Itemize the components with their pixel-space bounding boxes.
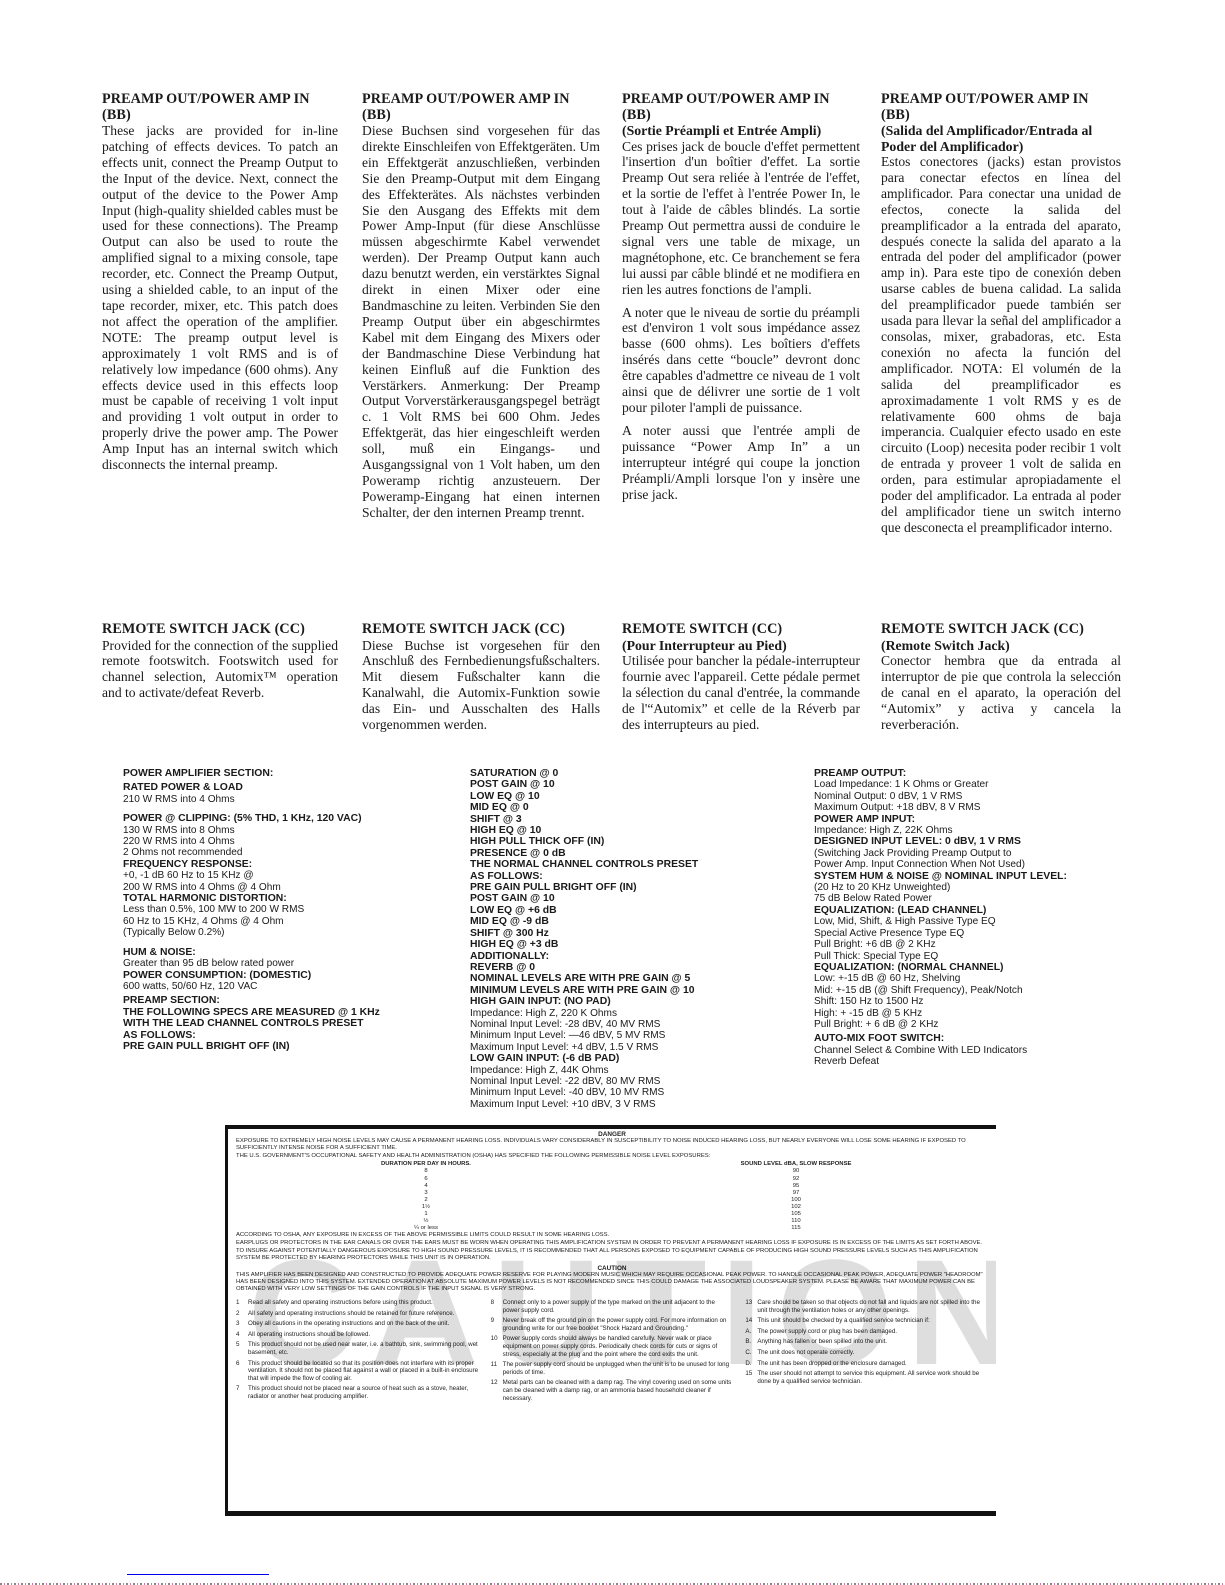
sound-level-cell: 102 [616, 1204, 976, 1211]
noise-exposure-table-header: DURATION PER DAY IN HOURS. SOUND LEVEL d… [236, 1161, 988, 1168]
section-paragraph: Conector hembra que da entrada al interr… [881, 653, 1121, 733]
spec-heading: THE FOLLOWING SPECS ARE MEASURED @ 1 KHz [123, 1007, 443, 1018]
caution-title: CAUTION [236, 1265, 988, 1272]
item-number: 14 [745, 1317, 757, 1325]
duration-cell: 4 [236, 1183, 616, 1190]
spec-line: (Switching Jack Providing Preamp Output … [814, 848, 1154, 859]
item-text: Never break off the ground pin on the po… [503, 1317, 734, 1332]
list-item: 13Care should be taken so that objects d… [745, 1299, 988, 1314]
safety-instructions: 1Read all safety and operating instructi… [236, 1299, 988, 1405]
section-subheading: (Remote Switch Jack) [881, 638, 1121, 654]
sound-level-cell: 92 [616, 1176, 976, 1183]
list-item: 3Obey all cautions in the operating inst… [236, 1320, 479, 1328]
section-paragraph: Diese Buchsen sind vorgesehen für das di… [362, 123, 600, 521]
spec-heading: MID EQ @ 0 [470, 802, 800, 813]
item-text: Read all safety and operating instructio… [248, 1299, 433, 1307]
sound-level-cell: 95 [616, 1183, 976, 1190]
list-item: 4All operating instructions should be fo… [236, 1331, 479, 1339]
table-row: 397 [236, 1190, 988, 1197]
spec-line: Impedance: High Z, 44K Ohms [470, 1065, 800, 1076]
spec-heading: EQUALIZATION: (LEAD CHANNEL) [814, 905, 1154, 916]
spec-line: Shift: 150 Hz to 1500 Hz [814, 996, 1154, 1007]
spec-heading: THE NORMAL CHANNEL CONTROLS PRESET [470, 859, 800, 870]
item-text: Anything has fallen or been spilled into… [757, 1338, 887, 1346]
item-number: 2 [236, 1310, 248, 1318]
spec-line: Less than 0.5%, 100 MW to 200 W RMS [123, 904, 443, 915]
spec-heading: LOW EQ @ 10 [470, 791, 800, 802]
spec-line: Maximum Output: +18 dBV, 8 V RMS [814, 802, 1154, 813]
safety-list-col-1: 1Read all safety and operating instructi… [236, 1299, 479, 1405]
spec-line: Low: +-15 dB @ 60 Hz, Shelving [814, 973, 1154, 984]
list-item: D.The unit has been dropped or the enclo… [745, 1360, 988, 1368]
spec-line: 130 W RMS into 8 Ohms [123, 825, 443, 836]
section-heading: PREAMP OUT/POWER AMP IN (BB) [622, 92, 860, 123]
sound-level-header: SOUND LEVEL dBA, SLOW RESPONSE [616, 1161, 976, 1168]
spec-heading: SYSTEM HUM & NOISE @ NOMINAL INPUT LEVEL… [814, 871, 1154, 882]
duration-cell: 6 [236, 1176, 616, 1183]
spec-line: Nominal Input Level: -22 dBV, 80 MV RMS [470, 1076, 800, 1087]
list-item: 11The power supply cord should be unplug… [491, 1361, 734, 1376]
spec-line: Reverb Defeat [814, 1056, 1154, 1067]
sound-level-cell: 105 [616, 1211, 976, 1218]
item-text: This product should be located so that i… [248, 1360, 479, 1383]
item-text: Obey all cautions in the operating instr… [248, 1320, 449, 1328]
spec-heading: POWER @ CLIPPING: (5% THD, 1 KHz, 120 VA… [123, 813, 443, 824]
spec-heading: HIGH PULL THICK OFF (IN) [470, 836, 800, 847]
sound-level-cell: 97 [616, 1190, 976, 1197]
list-item: 7This product should not be placed near … [236, 1385, 479, 1400]
specs-column-2: SATURATION @ 0POST GAIN @ 10LOW EQ @ 10M… [470, 768, 800, 1110]
spec-line: (Typically Below 0.2%) [123, 927, 443, 938]
safety-list-col-2: 8Connect only to a power supply of the t… [491, 1299, 734, 1405]
item-text: This unit should be checked by a qualifi… [757, 1317, 929, 1325]
spec-heading: PREAMP OUTPUT: [814, 768, 1154, 779]
duration-cell: 3 [236, 1190, 616, 1197]
spec-heading: FREQUENCY RESPONSE: [123, 859, 443, 870]
item-text: Connect only to a power supply of the ty… [503, 1299, 734, 1314]
table-row: 1105 [236, 1211, 988, 1218]
specs-column-1: POWER AMPLIFIER SECTION:RATED POWER & LO… [123, 768, 443, 1052]
table-row: 2100 [236, 1197, 988, 1204]
item-text: All safety and operating instructions sh… [248, 1310, 454, 1318]
spec-line: Greater than 95 dB below rated power [123, 958, 443, 969]
section-heading: PREAMP OUT/POWER AMP IN (BB) [102, 92, 338, 123]
duration-cell: 2 [236, 1197, 616, 1204]
spec-heading: AUTO-MIX FOOT SWITCH: [814, 1033, 1154, 1044]
section-paragraph: Utilisée pour bancher la pédale-interrup… [622, 653, 860, 733]
preamp-section-fr: PREAMP OUT/POWER AMP IN (BB) (Sortie Pré… [622, 92, 860, 509]
spacer [123, 939, 443, 947]
item-number: 10 [491, 1335, 503, 1358]
section-subheading: (Sortie Préampli et Entrée Ampli) [622, 123, 860, 139]
spec-heading: HIGH EQ @ +3 dB [470, 939, 800, 950]
osha-paragraph: ACCORDING TO OSHA, ANY EXPOSURE IN EXCES… [236, 1232, 988, 1239]
spec-heading: REVERB @ 0 [470, 962, 800, 973]
spec-line: Nominal Output: 0 dBV, 1 V RMS [814, 791, 1154, 802]
item-number: B. [745, 1338, 757, 1346]
spec-heading: SHIFT @ 3 [470, 814, 800, 825]
spec-heading: NOMINAL LEVELS ARE WITH PRE GAIN @ 5 [470, 973, 800, 984]
spec-heading: SHIFT @ 300 Hz [470, 928, 800, 939]
spec-heading: ADDITIONALLY: [470, 951, 800, 962]
danger-title: DANGER [236, 1131, 988, 1138]
spec-line: Nominal Input Level: -28 dBV, 40 MV RMS [470, 1019, 800, 1030]
section-subheading: (Pour Interrupteur au Pied) [622, 638, 860, 654]
spec-line: Pull Bright: +6 dB @ 2 KHz [814, 939, 1154, 950]
spec-heading: DESIGNED INPUT LEVEL: 0 dBV, 1 V RMS [814, 836, 1154, 847]
item-text: This product should not be placed near a… [248, 1385, 479, 1400]
safety-warning-box: CAUTION DANGER EXPOSURE TO EXTREMELY HIG… [225, 1125, 996, 1516]
spec-line: Impedance: High Z, 22K Ohms [814, 825, 1154, 836]
list-item: 9Never break off the ground pin on the p… [491, 1317, 734, 1332]
item-number: 11 [491, 1361, 503, 1376]
section-paragraph: A noter que le niveau de sortie du préam… [622, 305, 860, 416]
spec-heading: POST GAIN @ 10 [470, 893, 800, 904]
section-heading: REMOTE SWITCH JACK (CC) [362, 622, 600, 638]
spec-heading: POST GAIN @ 10 [470, 779, 800, 790]
list-item: 8Connect only to a power supply of the t… [491, 1299, 734, 1314]
spec-heading: HUM & NOISE: [123, 947, 443, 958]
section-paragraph: Ces prises jack de boucle d'effet permet… [622, 139, 860, 298]
list-item: 2All safety and operating instructions s… [236, 1310, 479, 1318]
list-item: 5This product should not be used near wa… [236, 1341, 479, 1356]
spec-heading: LOW GAIN INPUT: (-6 dB PAD) [470, 1053, 800, 1064]
spec-heading: SATURATION @ 0 [470, 768, 800, 779]
section-paragraph: Diese Buchse ist vorgesehen für den Ansc… [362, 638, 600, 733]
table-row: 495 [236, 1183, 988, 1190]
caution-paragraph: THIS AMPLIFIER HAS BEEN DESIGNED AND CON… [236, 1272, 988, 1293]
preamp-section-de: PREAMP OUT/POWER AMP IN (BB) Diese Buchs… [362, 92, 600, 528]
item-number: 9 [491, 1317, 503, 1332]
spec-heading: PRESENCE @ 0 dB [470, 848, 800, 859]
spec-heading: PRE GAIN PULL BRIGHT OFF (IN) [123, 1041, 443, 1052]
table-row: 692 [236, 1176, 988, 1183]
spec-line: 2 Ohms not recommended [123, 847, 443, 858]
item-text: This product should not be used near wat… [248, 1341, 479, 1356]
preamp-section-es: PREAMP OUT/POWER AMP IN (BB) (Salida del… [881, 92, 1121, 543]
table-row: ½110 [236, 1218, 988, 1225]
spec-line: Channel Select & Combine With LED Indica… [814, 1045, 1154, 1056]
item-number: 12 [491, 1379, 503, 1402]
noise-exposure-table: 89069249539721001½1021105½110¼ or less11… [236, 1168, 988, 1232]
spec-heading: TOTAL HARMONIC DISTORTION: [123, 893, 443, 904]
list-item: 1Read all safety and operating instructi… [236, 1299, 479, 1307]
spec-line: Impedance: High Z, 220 K Ohms [470, 1008, 800, 1019]
item-number: 6 [236, 1360, 248, 1383]
item-text: Power supply cords should always be hand… [503, 1335, 734, 1358]
spec-heading: PREAMP SECTION: [123, 995, 443, 1006]
remote-section-es: REMOTE SWITCH JACK (CC) (Remote Switch J… [881, 622, 1121, 740]
spec-heading: POWER AMP INPUT: [814, 814, 1154, 825]
spec-line: Maximum Input Level: +4 dBV, 1.5 V RMS [470, 1042, 800, 1053]
specs-column-3: PREAMP OUTPUT:Load Impedance: 1 K Ohms o… [814, 768, 1154, 1068]
preamp-section-en: PREAMP OUT/POWER AMP IN (BB) These jacks… [102, 92, 338, 480]
sound-level-cell: 90 [616, 1168, 976, 1175]
item-number: C. [745, 1349, 757, 1357]
list-item: 6This product should be located so that … [236, 1360, 479, 1383]
item-number: 8 [491, 1299, 503, 1314]
spec-line: (20 Hz to 20 KHz Unweighted) [814, 882, 1154, 893]
spec-heading: POWER CONSUMPTION: (DOMESTIC) [123, 970, 443, 981]
section-heading: PREAMP OUT/POWER AMP IN (BB) [881, 92, 1121, 123]
spec-line: 75 dB Below Rated Power [814, 893, 1154, 904]
item-number: 4 [236, 1331, 248, 1339]
spec-heading: MID EQ @ -9 dB [470, 916, 800, 927]
item-number: 3 [236, 1320, 248, 1328]
duration-cell: ½ [236, 1218, 616, 1225]
remote-section-de: REMOTE SWITCH JACK (CC) Diese Buchse ist… [362, 622, 600, 740]
spec-line: Minimum Input Level: —46 dBV, 5 MV RMS [470, 1030, 800, 1041]
list-item: C.The unit does not operate correctly. [745, 1349, 988, 1357]
spec-heading: LOW EQ @ +6 dB [470, 905, 800, 916]
item-text: The power supply cord should be unplugge… [503, 1361, 734, 1376]
section-paragraph: A noter aussi que l'entrée ampli de puis… [622, 423, 860, 503]
item-number: 5 [236, 1341, 248, 1356]
section-heading: REMOTE SWITCH JACK (CC) [102, 622, 338, 638]
item-number: 13 [745, 1299, 757, 1314]
item-text: Metal parts can be cleaned with a damp r… [503, 1379, 734, 1402]
spec-heading: AS FOLLOWS: [123, 1030, 443, 1041]
duration-header: DURATION PER DAY IN HOURS. [236, 1161, 616, 1168]
list-item: A.The power supply cord or plug has been… [745, 1328, 988, 1336]
spec-heading: PRE GAIN PULL BRIGHT OFF (IN) [470, 882, 800, 893]
danger-paragraph: THE U.S. GOVERNMENT'S OCCUPATIONAL SAFET… [236, 1153, 988, 1160]
spec-line: Mid: +-15 dB (@ Shift Frequency), Peak/N… [814, 985, 1154, 996]
page-link-underline[interactable] [127, 1574, 269, 1575]
spec-line: Special Active Presence Type EQ [814, 928, 1154, 939]
list-item: 12Metal parts can be cleaned with a damp… [491, 1379, 734, 1402]
list-item: B.Anything has fallen or been spilled in… [745, 1338, 988, 1346]
section-heading: PREAMP OUT/POWER AMP IN (BB) [362, 92, 600, 123]
item-number: A. [745, 1328, 757, 1336]
duration-cell: ¼ or less [236, 1225, 616, 1232]
spec-heading: HIGH GAIN INPUT: (NO PAD) [470, 996, 800, 1007]
spec-heading: AS FOLLOWS: [470, 871, 800, 882]
sound-level-cell: 100 [616, 1197, 976, 1204]
spec-line: 200 W RMS into 4 Ohms @ 4 Ohm [123, 882, 443, 893]
duration-cell: 8 [236, 1168, 616, 1175]
spec-line: 210 W RMS into 4 Ohms [123, 794, 443, 805]
section-subheading: (Salida del Amplificador/Entrada al Pode… [881, 123, 1121, 154]
spec-heading: HIGH EQ @ 10 [470, 825, 800, 836]
spec-line: +0, -1 dB 60 Hz to 15 KHz @ [123, 870, 443, 881]
list-item: 14This unit should be checked by a quali… [745, 1317, 988, 1325]
item-number: D. [745, 1360, 757, 1368]
sound-level-cell: 115 [616, 1225, 976, 1232]
section-paragraph: These jacks are provided for in-line pat… [102, 123, 338, 473]
spec-heading: WITH THE LEAD CHANNEL CONTROLS PRESET [123, 1018, 443, 1029]
spec-heading: RATED POWER & LOAD [123, 782, 443, 793]
item-text: The unit has been dropped or the enclosu… [757, 1360, 906, 1368]
table-row: 890 [236, 1168, 988, 1175]
spec-line: Pull Bright: + 6 dB @ 2 KHz [814, 1019, 1154, 1030]
spec-line: Maximum Input Level: +10 dBV, 3 V RMS [470, 1099, 800, 1110]
spec-heading: POWER AMPLIFIER SECTION: [123, 768, 443, 779]
item-text: The power supply cord or plug has been d… [757, 1328, 897, 1336]
spec-line: Minimum Input Level: -40 dBV, 10 MV RMS [470, 1087, 800, 1098]
list-item: 15The user should not attempt to service… [745, 1370, 988, 1385]
duration-cell: 1½ [236, 1204, 616, 1211]
section-heading: REMOTE SWITCH JACK (CC) [881, 622, 1121, 638]
item-text: The user should not attempt to service t… [757, 1370, 988, 1385]
spec-heading: MINIMUM LEVELS ARE WITH PRE GAIN @ 10 [470, 985, 800, 996]
spec-line: 220 W RMS into 4 Ohms [123, 836, 443, 847]
item-text: The unit does not operate correctly. [757, 1349, 854, 1357]
item-number: 7 [236, 1385, 248, 1400]
sound-level-cell: 110 [616, 1218, 976, 1225]
table-row: ¼ or less115 [236, 1225, 988, 1232]
item-text: All operating instructions should be fol… [248, 1331, 370, 1339]
list-item: 10Power supply cords should always be ha… [491, 1335, 734, 1358]
spec-line: Low, Mid, Shift, & High Passive Type EQ [814, 916, 1154, 927]
spec-line: Load Impedance: 1 K Ohms or Greater [814, 779, 1154, 790]
section-paragraph: Estos conectores (jacks) estan provistos… [881, 154, 1121, 536]
spec-line: 60 Hz to 15 KHz, 4 Ohms @ 4 Ohm [123, 916, 443, 927]
section-paragraph: Provided for the connection of the suppl… [102, 638, 338, 702]
remote-section-en: REMOTE SWITCH JACK (CC) Provided for the… [102, 622, 338, 708]
safety-list-col-3: 13Care should be taken so that objects d… [745, 1299, 988, 1405]
item-number: 1 [236, 1299, 248, 1307]
spec-line: 600 watts, 50/60 Hz, 120 VAC [123, 981, 443, 992]
item-number: 15 [745, 1370, 757, 1385]
spec-line: Power Amp. Input Connection When Not Use… [814, 859, 1154, 870]
section-heading: REMOTE SWITCH (CC) [622, 622, 860, 638]
danger-paragraph: EXPOSURE TO EXTREMELY HIGH NOISE LEVELS … [236, 1138, 988, 1152]
item-text: Care should be taken so that objects do … [757, 1299, 988, 1314]
remote-section-fr: REMOTE SWITCH (CC) (Pour Interrupteur au… [622, 622, 860, 740]
spec-line: High: + -15 dB @ 5 KHz [814, 1008, 1154, 1019]
spacer [123, 805, 443, 813]
earplug-paragraph: EARPLUGS OR PROTECTORS IN THE EAR CANALS… [236, 1240, 988, 1261]
table-row: 1½102 [236, 1204, 988, 1211]
spec-line: Pull Thick: Special Type EQ [814, 951, 1154, 962]
spec-heading: EQUALIZATION: (NORMAL CHANNEL) [814, 962, 1154, 973]
